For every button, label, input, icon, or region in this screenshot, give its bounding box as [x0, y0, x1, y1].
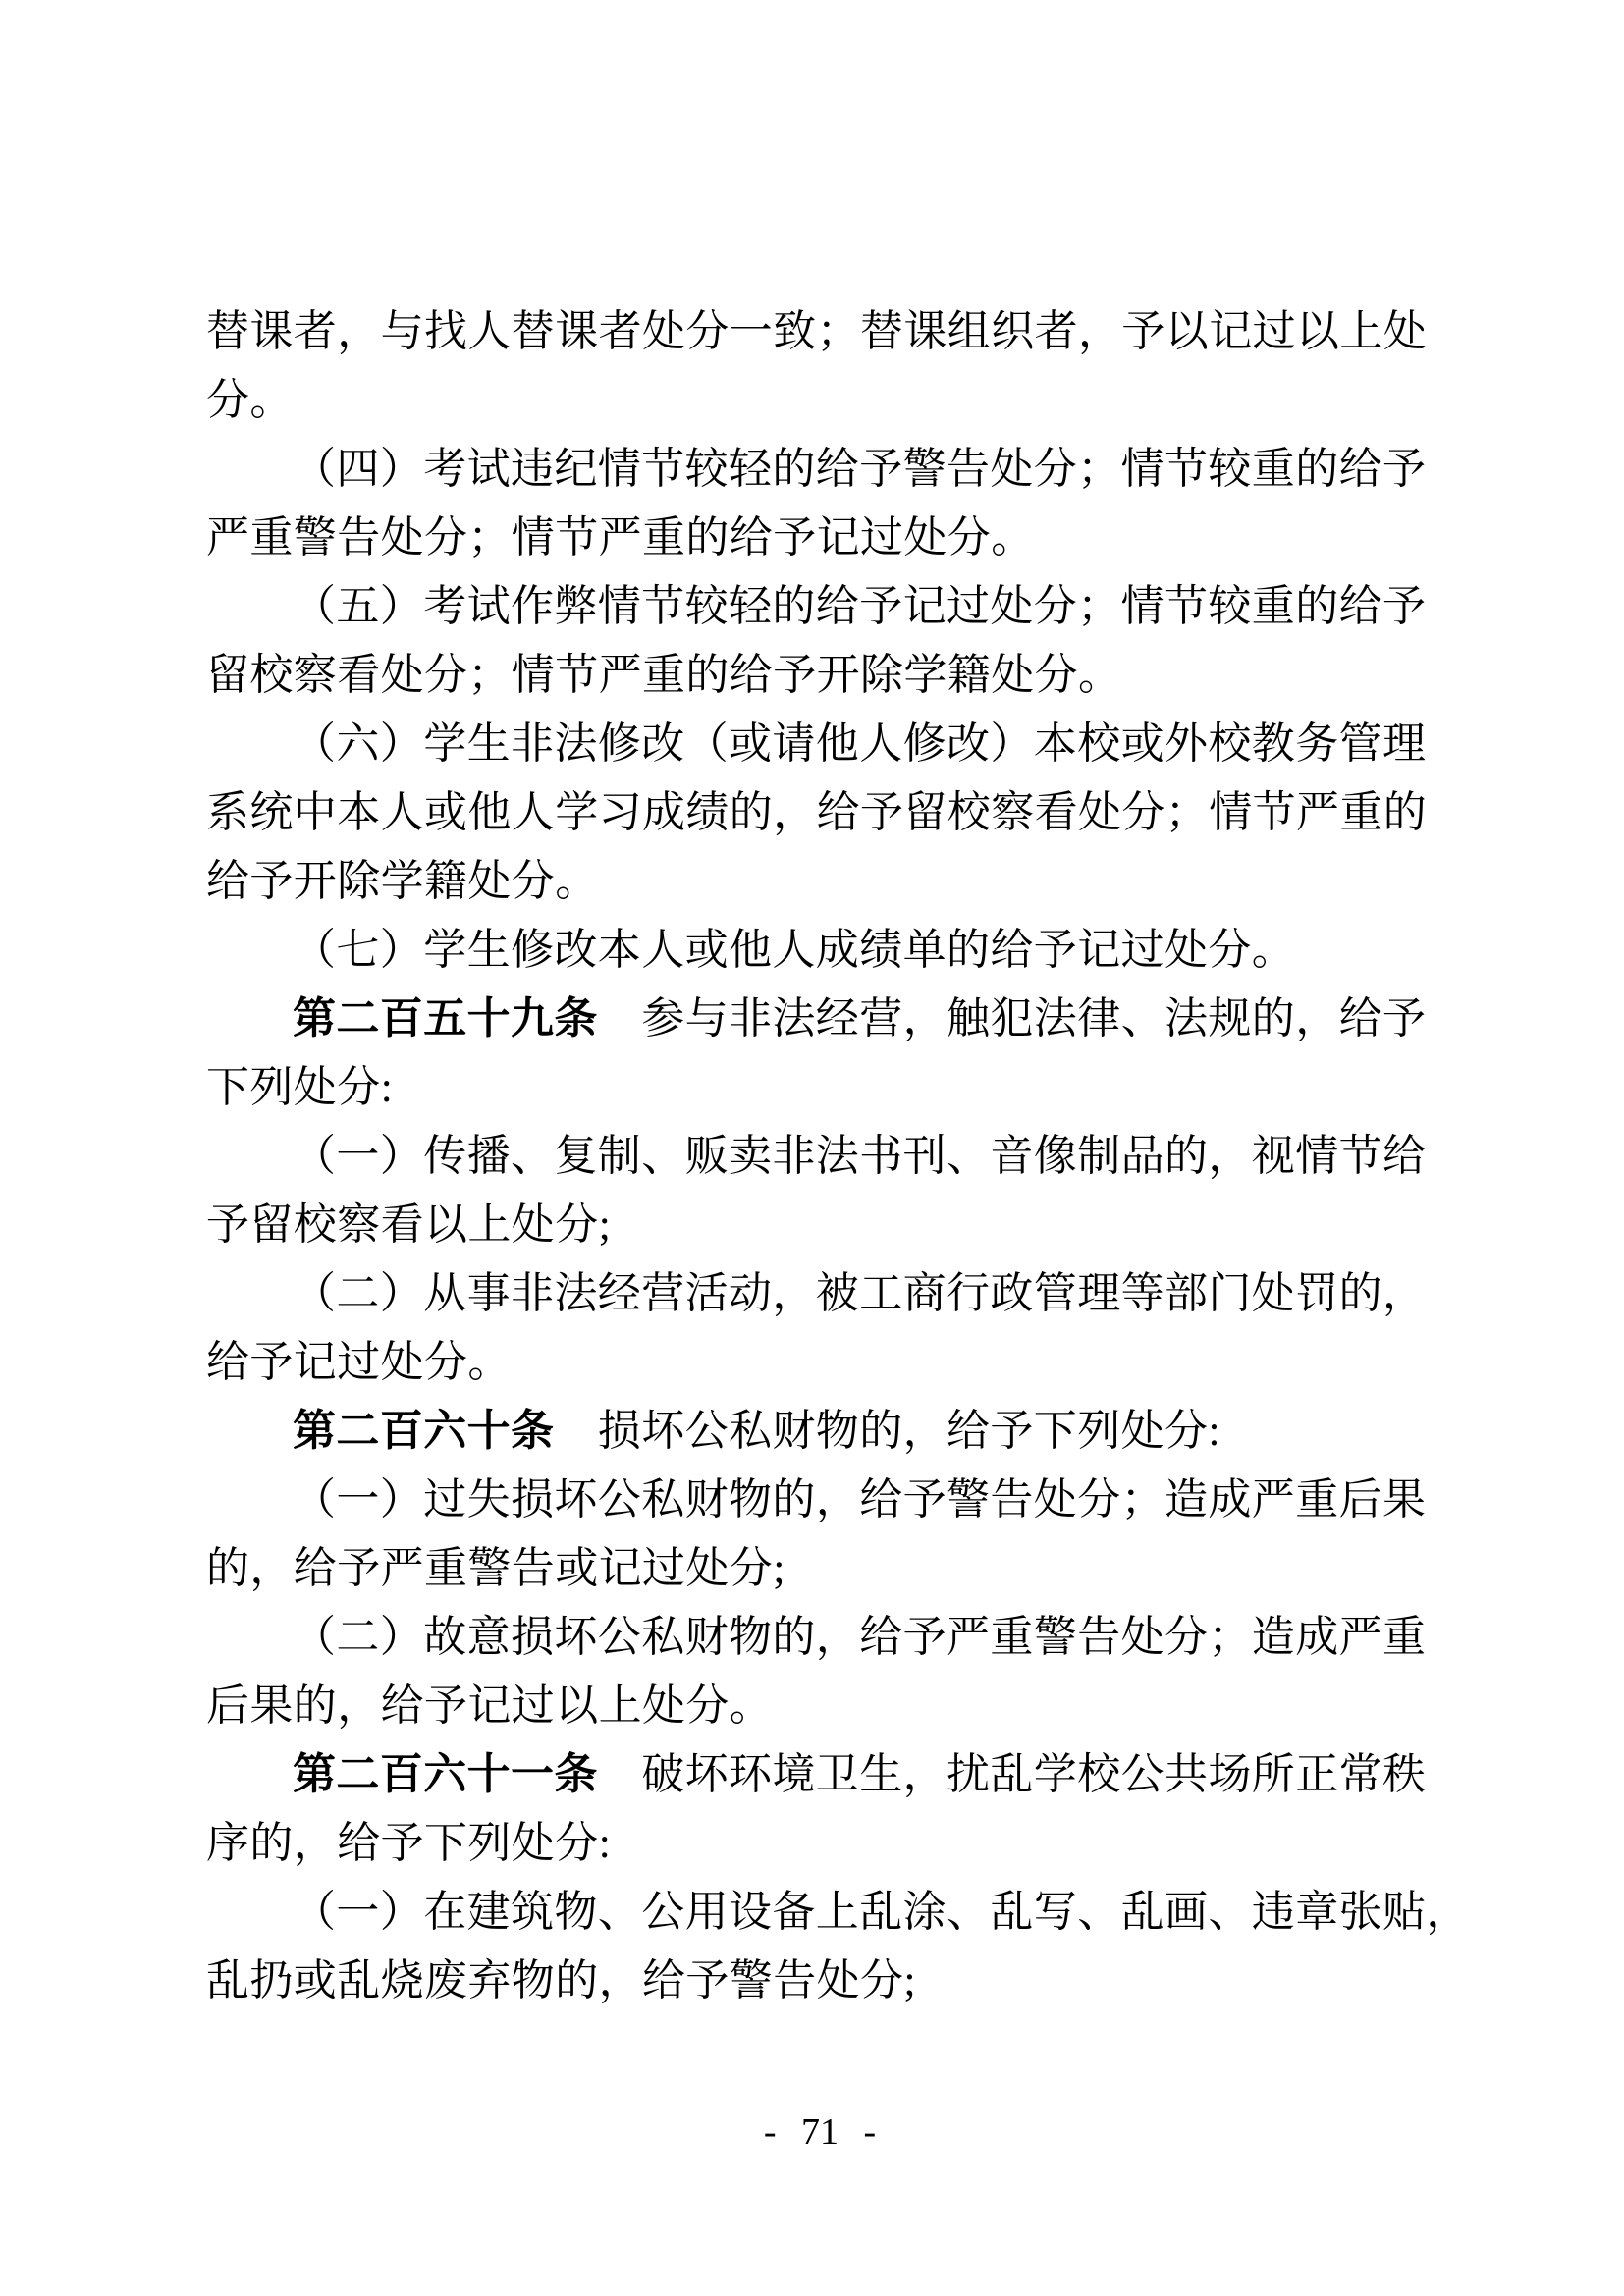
text-line: 乱扔或乱烧废弃物的，给予警告处分;: [206, 1947, 1434, 2015]
text-line: 留校察看处分；情节严重的给予开除学籍处分。: [206, 641, 1434, 710]
text-line: （二）故意损坏公私财物的，给予严重警告处分；造成严重: [206, 1603, 1434, 1672]
text-segment: （四）考试违纪情节较轻的给予警告处分；情节较重的给予: [293, 445, 1426, 493]
text-line: 系统中本人或他人学习成绩的，给予留校察看处分；情节严重的: [206, 778, 1434, 847]
text-segment: （二）故意损坏公私财物的，给予严重警告处分；造成严重: [293, 1613, 1426, 1661]
text-line: （一）在建筑物、公用设备上乱涂、乱写、乱画、违章张贴，: [206, 1878, 1434, 1947]
text-segment: 严重警告处分；情节严重的给予记过处分。: [206, 513, 1035, 561]
text-line: （七）学生修改本人或他人成绩单的给予记过处分。: [206, 916, 1434, 985]
text-line: （一）过失损坏公私财物的，给予警告处分；造成严重后果: [206, 1466, 1434, 1534]
text-line: （二）从事非法经营活动，被工商行政管理等部门处罚的，: [206, 1259, 1434, 1328]
page-number: - 71 -: [764, 2111, 876, 2153]
text-line: 分。: [206, 366, 1434, 435]
text-line: （六）学生非法修改（或请他人修改）本校或外校教务管理: [206, 710, 1434, 778]
article-line: 第二百六十一条 破坏环境卫生，扰乱学校公共场所正常秩: [206, 1740, 1434, 1809]
text-line: 替课者，与找人替课者处分一致；替课组织者，予以记过以上处: [206, 297, 1434, 366]
text-segment: 乱扔或乱烧废弃物的，给予警告处分;: [206, 1956, 916, 2004]
text-segment: 系统中本人或他人学习成绩的，给予留校察看处分；情节严重的: [206, 788, 1427, 836]
text-segment: （二）从事非法经营活动，被工商行政管理等部门处罚的，: [293, 1269, 1426, 1317]
text-segment: （六）学生非法修改（或请他人修改）本校或外校教务管理: [293, 720, 1426, 768]
text-segment: 后果的，给予记过以上处分。: [206, 1682, 773, 1730]
text-segment: 替课者，与找人替课者处分一致；替课组织者，予以记过以上处: [206, 307, 1427, 355]
text-line: 的，给予严重警告或记过处分;: [206, 1534, 1434, 1603]
text-segment: （一）在建筑物、公用设备上乱涂、乱写、乱画、违章张贴，: [293, 1888, 1470, 1936]
text-segment: 予留校察看以上处分;: [206, 1201, 611, 1249]
text-line: 予留校察看以上处分;: [206, 1191, 1434, 1259]
text-segment: （七）学生修改本人或他人成绩单的给予记过处分。: [293, 926, 1295, 974]
text-line: 下列处分:: [206, 1053, 1434, 1122]
text-segment: 给予记过处分。: [206, 1338, 512, 1386]
text-line: 严重警告处分；情节严重的给予记过处分。: [206, 504, 1434, 572]
text-line: （一）传播、复制、贩卖非法书刊、音像制品的，视情节给: [206, 1122, 1434, 1191]
document-page: 替课者，与找人替课者处分一致；替课组织者，予以记过以上处分。（四）考试违纪情节较…: [0, 0, 1624, 2296]
article-line: 第二百五十九条 参与非法经营，触犯法律、法规的，给予: [206, 985, 1434, 1053]
text-segment: （五）考试作弊情节较轻的给予记过处分；情节较重的给予: [293, 582, 1426, 630]
text-segment: （一）过失损坏公私财物的，给予警告处分；造成严重后果: [293, 1475, 1426, 1523]
text-line: （五）考试作弊情节较轻的给予记过处分；情节较重的给予: [206, 572, 1434, 641]
text-segment: 分。: [206, 376, 294, 424]
text-segment: 给予开除学籍处分。: [206, 857, 599, 905]
text-segment: 参与非法经营，触犯法律、法规的，给予: [598, 994, 1427, 1042]
article-number: 第二百六十一条: [293, 1750, 598, 1798]
article-number: 第二百六十条: [293, 1407, 554, 1455]
text-segment: 下列处分:: [206, 1063, 393, 1111]
article-line: 第二百六十条 损坏公私财物的，给予下列处分:: [206, 1397, 1434, 1466]
text-segment: 的，给予严重警告或记过处分;: [206, 1544, 785, 1592]
article-number: 第二百五十九条: [293, 994, 598, 1042]
document-body: 替课者，与找人替课者处分一致；替课组织者，予以记过以上处分。（四）考试违纪情节较…: [206, 297, 1434, 2015]
text-line: 给予开除学籍处分。: [206, 847, 1434, 916]
text-segment: 损坏公私财物的，给予下列处分:: [554, 1407, 1220, 1455]
text-segment: 破坏环境卫生，扰乱学校公共场所正常秩: [598, 1750, 1427, 1798]
text-line: 后果的，给予记过以上处分。: [206, 1672, 1434, 1740]
page-footer: - 71 -: [206, 2110, 1434, 2154]
text-line: 序的，给予下列处分:: [206, 1809, 1434, 1878]
text-segment: 序的，给予下列处分:: [206, 1819, 611, 1867]
text-line: 给予记过处分。: [206, 1328, 1434, 1397]
text-segment: 留校察看处分；情节严重的给予开除学籍处分。: [206, 651, 1121, 699]
text-line: （四）考试违纪情节较轻的给予警告处分；情节较重的给予: [206, 435, 1434, 504]
text-segment: （一）传播、复制、贩卖非法书刊、音像制品的，视情节给: [293, 1132, 1426, 1180]
